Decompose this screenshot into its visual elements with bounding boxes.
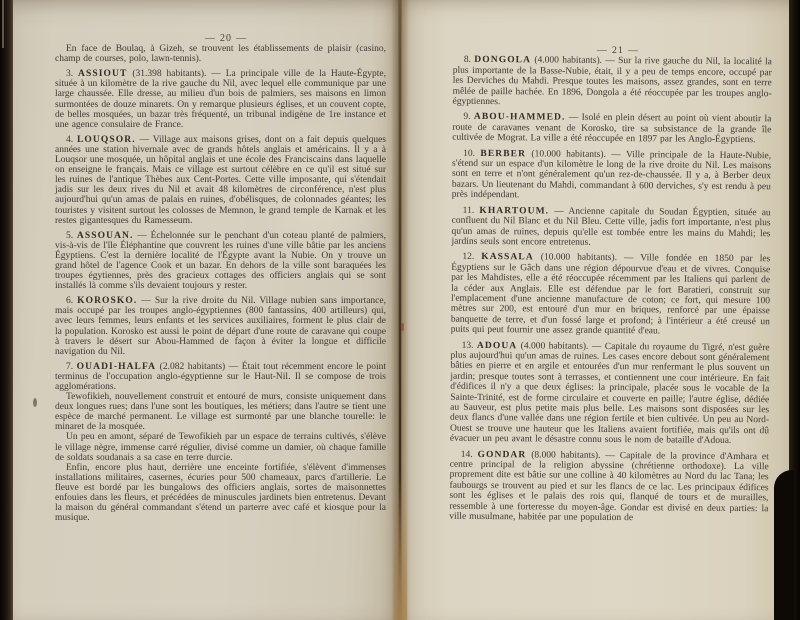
entry-meta: (2.082 habitants) — <box>160 362 239 372</box>
city-name: ADOUA <box>477 341 517 351</box>
entry-kassala: 12. KASSALA (10.000 habitants). — Ville … <box>451 252 771 338</box>
page-left-text: — 20 — En face de Boulaq, à Gizeh, se tr… <box>55 34 386 523</box>
city-name: ASSOUAN. <box>77 231 134 241</box>
entry-khartoum: 11. KHARTOUM. — Ancienne capitale du Sou… <box>451 205 770 249</box>
city-name: LOUQSOR. <box>77 135 136 145</box>
entry-number: 14. <box>461 449 473 459</box>
entry-ouadi-halfa-cont-1: Tewofikieh, nouvellement construit et en… <box>55 392 386 432</box>
city-name: KHARTOUM. <box>479 206 549 217</box>
entry-text: Sur la rive droite du Nil. Village nubie… <box>55 296 386 356</box>
entry-meta: — <box>140 135 150 145</box>
city-name: KOROSKO. <box>77 296 137 306</box>
entry-louqsor: 4. LOUQSOR. — Village aux maisons grises… <box>55 135 386 226</box>
entry-meta: (8.000 habitants). — <box>531 450 615 461</box>
entry-berber: 10. BERBER (10.000 habitants). — Ville p… <box>452 148 771 203</box>
entry-number: 11. <box>463 206 475 216</box>
entry-text: Capitale de la province d'Amhara et cent… <box>449 451 769 524</box>
book-photo: — 20 — En face de Boulaq, à Gizeh, se tr… <box>0 0 800 620</box>
entry-number: 5. <box>66 231 73 241</box>
city-name: GONDAR <box>477 450 526 460</box>
city-name: KASSALA <box>481 252 534 262</box>
entry-text: Village aux maisons grises, dont on a fa… <box>55 135 386 226</box>
entry-number: 7. <box>66 362 73 372</box>
entry-number: 9. <box>463 112 470 122</box>
entry-meta: (4.000 habitants). — <box>534 56 615 67</box>
entry-number: 3. <box>66 69 73 79</box>
entry-meta: — <box>141 296 151 306</box>
entry-meta: (10.000 habitants). — <box>541 253 634 264</box>
entry-adoua: 13. ADOUA (4.000 habitants). — Capitale … <box>450 340 770 447</box>
city-name: OUADI-HALFA <box>77 362 156 372</box>
entry-gondar: 14. GONDAR (8.000 habitants). — Capitale… <box>449 449 769 524</box>
page-corner-shadow <box>774 470 794 620</box>
entry-assiout: 3. ASSIOUT (31.398 habitants). — La prin… <box>55 69 386 130</box>
entry-meta: — <box>137 231 147 241</box>
paper-speck <box>33 398 37 407</box>
entry-meta: (10.000 habitants). — <box>531 149 620 160</box>
entry-korosko: 6. KOROSKO. — Sur la rive droite du Nil.… <box>55 296 386 357</box>
entry-meta: — <box>569 113 579 123</box>
entry-number: 10. <box>463 148 475 158</box>
city-name: ABOU-HAMMED. <box>474 112 566 123</box>
book-edge-left-highlight <box>2 0 4 48</box>
gutter-spine-bottom <box>394 480 407 620</box>
paper-speck-red <box>401 323 404 331</box>
entry-assouan: 5. ASSOUAN. — Échelonnée sur le penchant… <box>55 231 386 292</box>
entry-number: 12. <box>462 252 474 262</box>
page-number-left: — 20 — <box>55 34 386 44</box>
entry-text: Capitale du royaume du Tigré, n'est guèr… <box>450 342 770 447</box>
entry-dongola: 8. DONGOLA (4.000 habitants). — Sur la r… <box>453 55 772 110</box>
page-right: — 21 — 8. DONGOLA (4.000 habitants). — S… <box>399 0 789 620</box>
entry-text: Ville fondée en 1850 par les Égyptiens s… <box>451 254 771 337</box>
page-right-text: — 21 — 8. DONGOLA (4.000 habitants). — S… <box>449 45 772 525</box>
entry-meta: — <box>554 206 564 216</box>
city-name: ASSIOUT <box>78 69 127 79</box>
page-left: — 20 — En face de Boulaq, à Gizeh, se tr… <box>13 0 399 620</box>
entry-number: 13. <box>462 340 474 350</box>
entry-ouadi-halfa: 7. OUADI-HALFA (2.082 habitants) — Était… <box>55 362 386 392</box>
entry-meta: (31.398 habitants). — <box>132 69 220 79</box>
city-name: DONGOLA <box>474 55 531 65</box>
entry-number: 4. <box>66 135 73 145</box>
city-name: BERBER <box>480 149 526 159</box>
intro-paragraph: En face de Boulaq, à Gizeh, se trouvent … <box>55 44 386 64</box>
entry-abou-hammed: 9. ABOU-HAMMED. — Isolé en plein désert … <box>452 112 771 146</box>
entry-number: 8. <box>464 55 471 65</box>
entry-meta: (4.000 habitants). — <box>521 341 602 352</box>
entry-ouadi-halfa-cont-2: Un peu en amont, séparé de Tewofikieh pa… <box>55 432 386 462</box>
entry-ouadi-halfa-cont-3: Enfin, encore plus haut, derrière une en… <box>55 463 386 524</box>
book-edge-left <box>0 0 13 620</box>
entry-number: 6. <box>66 296 73 306</box>
